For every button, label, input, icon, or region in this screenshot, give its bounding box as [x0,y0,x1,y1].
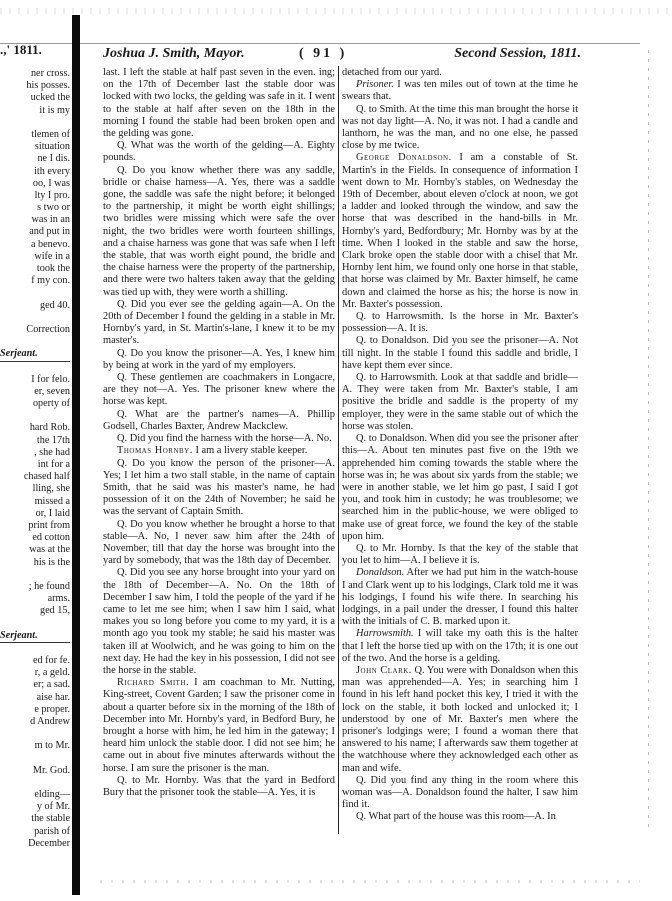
prev-page-line: the 17th [0,435,70,447]
paragraph-text: Q. Do you know whether he brought a hors… [103,519,335,567]
prev-page-line: s two or [0,202,70,214]
right-column: detached from our yard.Prisoner. I was t… [342,67,578,824]
paragraph: Q. to Harrowsmith. Look at that saddle a… [342,372,578,433]
prev-page-header: .,' 1811. [0,44,70,60]
prev-page-line: it is my [0,105,70,117]
prev-page-line: ith every [0,166,70,178]
speaker-name: Thomas Hornby. [117,445,193,456]
paragraph: Q. What are the partner's names—A. Phill… [103,409,335,433]
paragraph: Donaldson. After we had put him in the w… [342,567,578,628]
paragraph-text: Q. to Donaldson. When did you see the pr… [342,433,578,542]
prev-page-line: ; he found [0,581,70,593]
paragraph-text: Q. What part of the house was this room—… [356,811,556,822]
prev-page-line: tlemen of [0,129,70,141]
paragraph: Q. Did you find the harness with the hor… [103,433,335,445]
prev-page-line: or, I laid [0,508,70,520]
paragraph: Thomas Hornby. I am a livery stable keep… [103,445,335,457]
prev-page-line: elding— [0,789,70,801]
running-head-left: Joshua J. Smith, Mayor. [103,46,245,62]
prev-page-line: y of Mr. [0,801,70,813]
prev-page-line: and put in [0,226,70,238]
page-edge [648,50,649,830]
prev-page-line [0,410,70,422]
paragraph: detached from our yard. [342,67,578,79]
paragraph-text: Q. to Harrowsmith. Look at that saddle a… [342,372,578,432]
prev-page-line: ed cotton [0,532,70,544]
paragraph-text: I am coachman to Mr. Nutting, King-stree… [103,677,335,773]
prev-page-line: ner cross. [0,68,70,80]
prev-page-line: ne I dis. [0,153,70,165]
paragraph: Q. Do you know the prisoner—A. Yes, I kn… [103,348,335,372]
page-number: ( 91 ) [299,46,347,62]
paragraph-text: I am a constable of St. Martin's in the … [342,152,578,309]
prev-page-line: ged 40. [0,300,70,312]
paragraph: Q. to Harrowsmith. Is the horse in Mr. B… [342,311,578,335]
paragraph-text: Q. Do you know the person of the prisone… [103,458,335,518]
paragraph-text: detached from our yard. [342,67,442,78]
paragraph: Q. What was the worth of the gelding—A. … [103,140,335,164]
paragraph-text: Q. to Donaldson. Did you see the prisone… [342,335,578,370]
prev-page-line: Mr. God. [0,765,70,777]
prev-page-line: missed a [0,496,70,508]
paragraph-text: Q. Did you find the harness with the hor… [117,433,332,444]
prev-page-line: arms. [0,593,70,605]
prev-page-line [0,287,70,299]
paragraph: Q. What part of the house was this room—… [342,811,578,823]
prev-page-line: ged 15, [0,605,70,617]
paragraph: Q. These gentlemen are coachmakers in Lo… [103,372,335,409]
paragraph: Q. to Donaldson. Did you see the prisone… [342,335,578,372]
paragraph-text: Q. to Mr. Hornby. Is that the key of the… [342,543,578,566]
book-gutter-shadow [72,15,80,895]
paragraph: Q. Did you ever see the gelding again—A.… [103,299,335,348]
paragraph-text: Q. to Smith. At the time this man brough… [342,104,578,152]
paragraph: Q. to Mr. Hornby. Is that the key of the… [342,543,578,567]
prev-page-line [0,777,70,789]
scan-noise-bottom [100,880,640,883]
prev-page-line: d Andrew [0,716,70,728]
prev-page-line: was in an [0,214,70,226]
prev-page-line: Serjeant. [0,348,70,361]
speaker-name: Prisoner. [356,79,394,90]
prev-page-line [0,643,70,655]
prev-page-line: December [0,838,70,850]
prev-page-line [0,753,70,765]
prev-page-line: aise har. [0,692,70,704]
paragraph: last. I left the stable at half past sev… [103,67,335,140]
prev-page-line: e proper. [0,704,70,716]
prev-page-line: er, seven [0,386,70,398]
prev-page-line: int for a [0,459,70,471]
paragraph: Q. to Mr. Hornby. Was that the yard in B… [103,775,335,799]
prev-page-line [0,362,70,374]
prev-page-line: took the [0,263,70,275]
prev-page-line: lling, she [0,483,70,495]
paragraph-text: Q. to Mr. Hornby. Was that the yard in B… [103,775,335,798]
paragraph-text: Q. Did you see any horse brought into yo… [103,567,335,676]
paragraph-text: Q. to Harrowsmith. Is the horse in Mr. B… [342,311,578,334]
prev-page-line: ed for fe. [0,655,70,667]
prev-page-line: ucked the [0,92,70,104]
paragraph: Q. Do you know whether there was any sad… [103,165,335,299]
speaker-name: George Donaldson. [356,152,452,163]
paragraph-text: Q. Did you ever see the gelding again—A.… [103,299,335,347]
prev-page-line: a benevo. [0,239,70,251]
prev-page-line: m to Mr. [0,740,70,752]
paragraph: Q. to Donaldson. When did you see the pr… [342,433,578,543]
prev-page-line: chased half [0,471,70,483]
column-divider [338,66,339,834]
running-head-right: Second Session, 1811. [454,46,581,62]
prev-page-line: his is the [0,557,70,569]
prev-page-line: parish of [0,826,70,838]
prev-page-line: the stable [0,813,70,825]
paragraph: Q. Do you know whether he brought a hors… [103,519,335,568]
paragraph-text: Q. These gentlemen are coachmakers in Lo… [103,372,335,407]
prev-page-line: oo, I was [0,178,70,190]
page-header: Joshua J. Smith, Mayor. ( 91 ) Second Se… [103,44,581,64]
speaker-name: Richard Smith. [117,677,189,688]
prev-page-line: wife in a [0,251,70,263]
prev-page-line: , she had [0,447,70,459]
paragraph: Q. to Smith. At the time this man brough… [342,104,578,153]
paragraph: Harrowsmith. I will take my oath this is… [342,628,578,665]
prev-page-line: I for felo. [0,374,70,386]
prev-page-line: print from [0,520,70,532]
prev-page-line [0,728,70,740]
prev-page-line [0,117,70,129]
scan-noise-top [0,8,672,14]
left-column: last. I left the stable at half past sev… [103,67,335,799]
prev-page-line: er; a sad. [0,679,70,691]
prev-page-line: situation [0,141,70,153]
paragraph-text: Q. What was the worth of the gelding—A. … [103,140,335,163]
prev-page-line [0,569,70,581]
paragraph: Q. Do you know the person of the prisone… [103,458,335,519]
paragraph-text: Q. What are the partner's names—A. Phill… [103,409,335,432]
paragraph: Q. Did you find any thing in the room wh… [342,775,578,812]
prev-page-line: Correction [0,324,70,336]
paragraph: Q. Did you see any horse brought into yo… [103,567,335,677]
speaker-name: Donaldson. [356,567,404,578]
paragraph-text: I am a livery stable keeper. [193,445,308,456]
paragraph-text: Q. You were with Donaldson when this man… [342,665,578,774]
prev-page-line: f my con. [0,275,70,287]
paragraph-text: Q. Did you find any thing in the room wh… [342,775,578,810]
paragraph-text: Q. Do you know whether there was any sad… [103,165,335,298]
paragraph: Richard Smith. I am coachman to Mr. Nutt… [103,677,335,775]
speaker-name: John Clark. [356,665,412,676]
prev-page-line [0,336,70,348]
prev-page-line: his posses. [0,80,70,92]
prev-page-line: hard Rob. [0,422,70,434]
paragraph: John Clark. Q. You were with Donaldson w… [342,665,578,775]
paragraph-text: last. I left the stable at half past sev… [103,67,335,139]
paragraph: George Donaldson. I am a constable of St… [342,152,578,311]
prev-page-line: lty I pro. [0,190,70,202]
prev-page-line: was at the [0,544,70,556]
prev-page-line: operty of [0,398,70,410]
prev-page-line [0,312,70,324]
prev-page-line [0,617,70,629]
prev-page-line: Serjeant. [0,630,70,643]
previous-page-fragment: .,' 1811.ner cross.his posses.ucked thei… [0,44,70,850]
paragraph-text: Q. Do you know the prisoner—A. Yes, I kn… [103,348,335,371]
speaker-name: Harrowsmith. [356,628,414,639]
prev-page-line: r, a geld. [0,667,70,679]
paragraph: Prisoner. I was ten miles out of town at… [342,79,578,103]
